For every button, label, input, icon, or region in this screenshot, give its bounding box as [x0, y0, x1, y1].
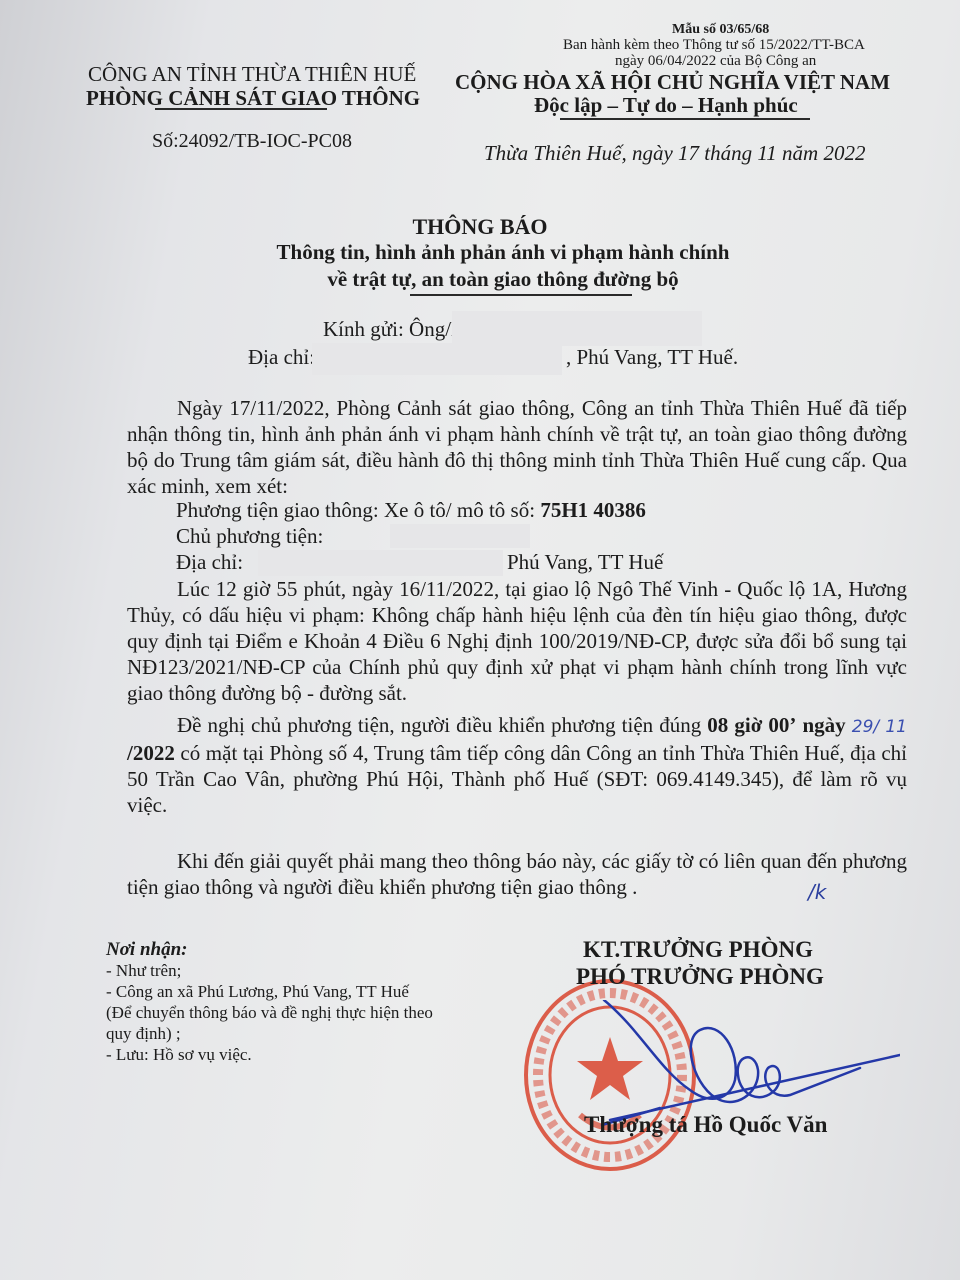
recipients-heading: Nơi nhận:: [106, 939, 433, 960]
recipient-item: (Để chuyển thông báo và đề nghị thực hiệ…: [106, 1002, 433, 1023]
date-separator: /: [873, 717, 885, 737]
owner-label: Chủ phương tiện:: [176, 524, 323, 549]
form-number: Mẫu số 03/65/68: [672, 22, 769, 38]
document-subtitle-2: về trật tự, an toàn giao thông đường bộ: [0, 267, 960, 292]
header-left-underline: [155, 108, 327, 110]
signer-name: Thượng tá Hồ Quốc Văn: [584, 1112, 827, 1138]
form-issued-line-1: Ban hành kèm theo Thông tư số 15/2022/TT…: [563, 37, 865, 54]
redacted-owner-address: [258, 550, 503, 576]
owner-address-tail: Phú Vang, TT Huế: [507, 550, 663, 575]
summons-time: 08 giờ 00’: [707, 713, 796, 737]
handwritten-initials: /k: [808, 880, 826, 904]
recipient-item: - Công an xã Phú Lương, Phú Vang, TT Huế: [106, 981, 433, 1002]
document-number: Số:24092/TB-IOC-PC08: [152, 130, 352, 153]
paragraph-requirements-text: Khi đến giải quyết phải mang theo thông …: [127, 849, 907, 899]
recipient-address-tail: , Phú Vang, TT Huế.: [566, 345, 738, 370]
place-date: Thừa Thiên Huế, ngày 17 tháng 11 năm 202…: [484, 141, 865, 166]
country-name: CỘNG HÒA XÃ HỘI CHỦ NGHĨA VIỆT NAM: [455, 70, 890, 95]
recipient-item: - Lưu: Hồ sơ vụ việc.: [106, 1044, 433, 1065]
owner-address-label: Địa chỉ:: [176, 550, 243, 575]
vehicle-line: Phương tiện giao thông: Xe ô tô/ mô tô s…: [176, 498, 646, 523]
paragraph-violation: Lúc 12 giờ 55 phút, ngày 16/11/2022, tại…: [127, 576, 907, 706]
summons-text-a: Đề nghị chủ phương tiện, người điều khiể…: [177, 713, 707, 737]
paragraph-intro-text: Ngày 17/11/2022, Phòng Cảnh sát giao thô…: [127, 396, 907, 498]
summons-year: /2022: [127, 741, 175, 765]
handwritten-signature-icon: [600, 1000, 900, 1130]
subtitle-underline: [410, 294, 632, 296]
vehicle-label: Phương tiện giao thông: Xe ô tô/ mô tô s…: [176, 498, 540, 522]
handwritten-day: 29: [852, 717, 874, 737]
recipient-address-label: Địa chỉ:: [248, 345, 315, 370]
signature-title-2: PHÓ TRƯỞNG PHÒNG: [576, 964, 824, 990]
handwritten-month: 11: [885, 717, 907, 737]
document-subtitle-1: Thông tin, hình ảnh phản ánh vi phạm hàn…: [0, 240, 960, 265]
recipients-block: Nơi nhận: - Như trên; - Công an xã Phú L…: [106, 939, 433, 1065]
national-motto: Độc lập – Tự do – Hạnh phúc: [534, 93, 798, 118]
summons-text-b: có mặt tại Phòng số 4, Trung tâm tiếp cô…: [127, 741, 907, 817]
paragraph-summons: Đề nghị chủ phương tiện, người điều khiể…: [127, 712, 907, 818]
paragraph-intro: Ngày 17/11/2022, Phòng Cảnh sát giao thô…: [127, 395, 907, 499]
summons-day-label: ngày: [802, 713, 851, 737]
redacted-recipient-name: [452, 311, 702, 346]
paragraph-requirements: Khi đến giải quyết phải mang theo thông …: [127, 848, 907, 900]
recipient-item: quy định) ;: [106, 1023, 433, 1044]
redacted-recipient-address: [312, 343, 562, 375]
recipient-item: - Như trên;: [106, 960, 433, 981]
redacted-owner-name: [390, 524, 530, 548]
paragraph-violation-text: Lúc 12 giờ 55 phút, ngày 16/11/2022, tại…: [127, 577, 907, 705]
signature-title-1: KT.TRƯỞNG PHÒNG: [583, 937, 813, 963]
document-title: THÔNG BÁO: [0, 214, 960, 240]
agency-name: CÔNG AN TỈNH THỪA THIÊN HUẾ: [88, 62, 416, 87]
license-plate: 75H1 40386: [540, 498, 646, 522]
form-issued-line-2: ngày 06/04/2022 của Bộ Công an: [615, 53, 816, 70]
motto-underline: [560, 118, 810, 120]
